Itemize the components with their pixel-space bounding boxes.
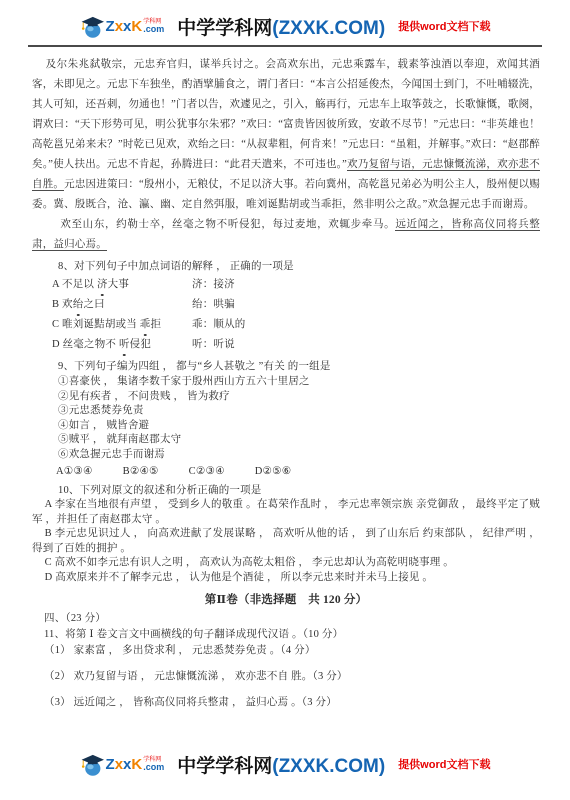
question-9-item-1: ①喜豪侠 ， 集诸李数千家于殷州西山方五六十里居之 [32, 375, 540, 390]
question-11-header: 11、将第 Ⅰ 卷文言文中画横线的句子翻译成现代汉语 。（10 分） [32, 627, 540, 643]
logo-letter: x [123, 19, 131, 34]
passage-paragraph-2: 欢至山东，约勒士卒，丝毫之物不听侵犯，每过麦地，欢辄步牵马。远近闻之，皆称高仪同… [32, 215, 540, 255]
logo-letter: K [131, 19, 142, 34]
logo-text: ZxxK 学科网 .com [106, 19, 165, 34]
question-10-option-b: B 李元忠见识过人 ， 向高欢进献了发展谋略 ， 高欢听从他的话 ， 到了山东后… [32, 527, 540, 556]
option-definition: 济：接济 [192, 275, 235, 295]
logo-text: ZxxK 学科网 .com [106, 757, 165, 772]
site-name: 中学学科网 [177, 18, 272, 39]
question-11-item-1: （1） 家素富 ， 多出贷求利 ， 元忠悉焚券免责 。（4 分） [32, 643, 540, 659]
part-4: 四、（23 分） 11、将第 Ⅰ 卷文言文中画横线的句子翻译成现代汉语 。（10… [32, 611, 540, 711]
zxxk-logo: ZxxK 学科网 .com [80, 751, 165, 778]
header: ZxxK 学科网 .com 中学学科网(ZXXK.COM) 提供word文档下载 [0, 0, 570, 43]
question-11-item-3: （3） 远近闻之 ， 皆称高仪同将兵整肃 ， 益归心焉 。（3 分） [32, 695, 540, 711]
question-9-answer-choices: A①③④ B②④⑤ C②③④ D②⑤⑥ [32, 464, 540, 480]
question-10-option-c: C 高欢不如李元忠有识人之明 ， 高欢认为高乾太粗俗 ， 李元忠却认为高乾明晓事… [32, 556, 540, 571]
option-definition: 绐：哄骗 [192, 295, 235, 315]
question-10-option-a: A 李家在当地很有声望 ， 受到乡人的敬重 。在葛荣作乱时 ， 李元忠率领宗族 … [32, 498, 540, 527]
logo-domain: .com [143, 25, 164, 34]
answer-choice-b: B②④⑤ [123, 464, 159, 480]
site-name: 中学学科网 [177, 756, 272, 777]
question-8-option-c: C 唯刘诞黠胡或当 乖拒 乖：顺从的 [32, 315, 540, 335]
question-10-header: 10、下列对原文的叙述和分析正确的一项是 [32, 483, 540, 498]
section-2-title: 第Ⅱ卷（非选择题 共 120 分） [32, 592, 540, 608]
zxxk-mascot-icon [80, 751, 104, 778]
question-10-option-d: D 高欢原来并不了解李元忠 ， 认为他是个酒徒 ， 所以李元忠来时并未马上接见 … [32, 571, 540, 586]
answer-choice-c: C②③④ [189, 464, 225, 480]
question-9-item-3: ③元忠悉焚券免责 [32, 404, 540, 419]
option-phrase: D 丝毫之物不 听侵犯 [52, 335, 192, 355]
site-title: 中学学科网(ZXXK.COM) [177, 751, 385, 778]
download-tagline: 提供word文档下载 [398, 756, 490, 772]
site-domain: (ZXXK.COM) [272, 18, 385, 39]
question-8-option-a: A 不足以 济大事 济：接济 [32, 275, 540, 295]
question-8-header: 8、对下列句子中加点词语的解释 ， 正确的一项是 [32, 258, 540, 275]
question-9-item-6: ⑥欢急握元忠手而谢焉 [32, 448, 540, 463]
logo-letter: x [115, 19, 123, 34]
option-definition: 乖：顺从的 [192, 315, 246, 335]
question-8-option-b: B 欢绐之曰 绐：哄骗 [32, 295, 540, 315]
zxxk-mascot-icon [80, 13, 104, 40]
option-phrase: B 欢绐之曰 [52, 295, 192, 315]
logo-letter: K [131, 757, 142, 772]
question-8: 8、对下列句子中加点词语的解释 ， 正确的一项是 A 不足以 济大事 济：接济 … [32, 258, 540, 355]
passage-paragraph-1: 及尔朱兆弑敬宗，元忠弃官归，谋举兵讨之。会高欢东出，元忠乘露车，载素筝浊酒以奉迎… [32, 55, 540, 215]
site-title: 中学学科网(ZXXK.COM) [177, 13, 385, 40]
option-definition: 听：听说 [192, 335, 235, 355]
question-9-item-2: ②见有疾者 ， 不问贵贱 ， 皆为救疗 [32, 390, 540, 405]
question-11-item-2: （2） 欢乃复留与语 ， 元忠慷慨流涕 ， 欢亦悲不自 胜。（3 分） [32, 669, 540, 685]
part-4-heading: 四、（23 分） [32, 611, 540, 627]
logo-letter: x [123, 757, 131, 772]
question-9-header: 9、下列句子编为四组 ， 都与“乡人甚敬之 ”有关 的一组是 [32, 358, 540, 375]
footer: ZxxK 学科网 .com 中学学科网(ZXXK.COM) 提供word文档下载 [0, 738, 570, 781]
download-tagline: 提供word文档下载 [398, 18, 490, 34]
logo-letter: Z [106, 757, 115, 772]
question-9-item-4: ④如言 ， 贼皆舍避 [32, 419, 540, 434]
option-phrase: A 不足以 济大事 [52, 275, 192, 295]
question-8-option-d: D 丝毫之物不 听侵犯 听：听说 [32, 335, 540, 355]
answer-choice-d: D②⑤⑥ [255, 464, 292, 480]
question-9: 9、下列句子编为四组 ， 都与“乡人甚敬之 ”有关 的一组是 ①喜豪侠 ， 集诸… [32, 358, 540, 480]
document-body: 及尔朱兆弑敬宗，元忠弃官归，谋举兵讨之。会高欢东出，元忠乘露车，载素筝浊酒以奉迎… [0, 47, 570, 711]
answer-choice-a: A①③④ [56, 464, 93, 480]
exam-page: ZxxK 学科网 .com 中学学科网(ZXXK.COM) 提供word文档下载… [0, 0, 570, 800]
question-9-item-5: ⑤贼平 ， 就拜南赵郡太守 [32, 433, 540, 448]
logo-letter: Z [106, 19, 115, 34]
logo-domain: .com [143, 763, 164, 772]
zxxk-logo: ZxxK 学科网 .com [80, 13, 165, 40]
option-phrase: C 唯刘诞黠胡或当 乖拒 [52, 315, 192, 335]
logo-letter: x [115, 757, 123, 772]
question-10: 10、下列对原文的叙述和分析正确的一项是 A 李家在当地很有声望 ， 受到乡人的… [32, 483, 540, 585]
site-domain: (ZXXK.COM) [272, 756, 385, 777]
